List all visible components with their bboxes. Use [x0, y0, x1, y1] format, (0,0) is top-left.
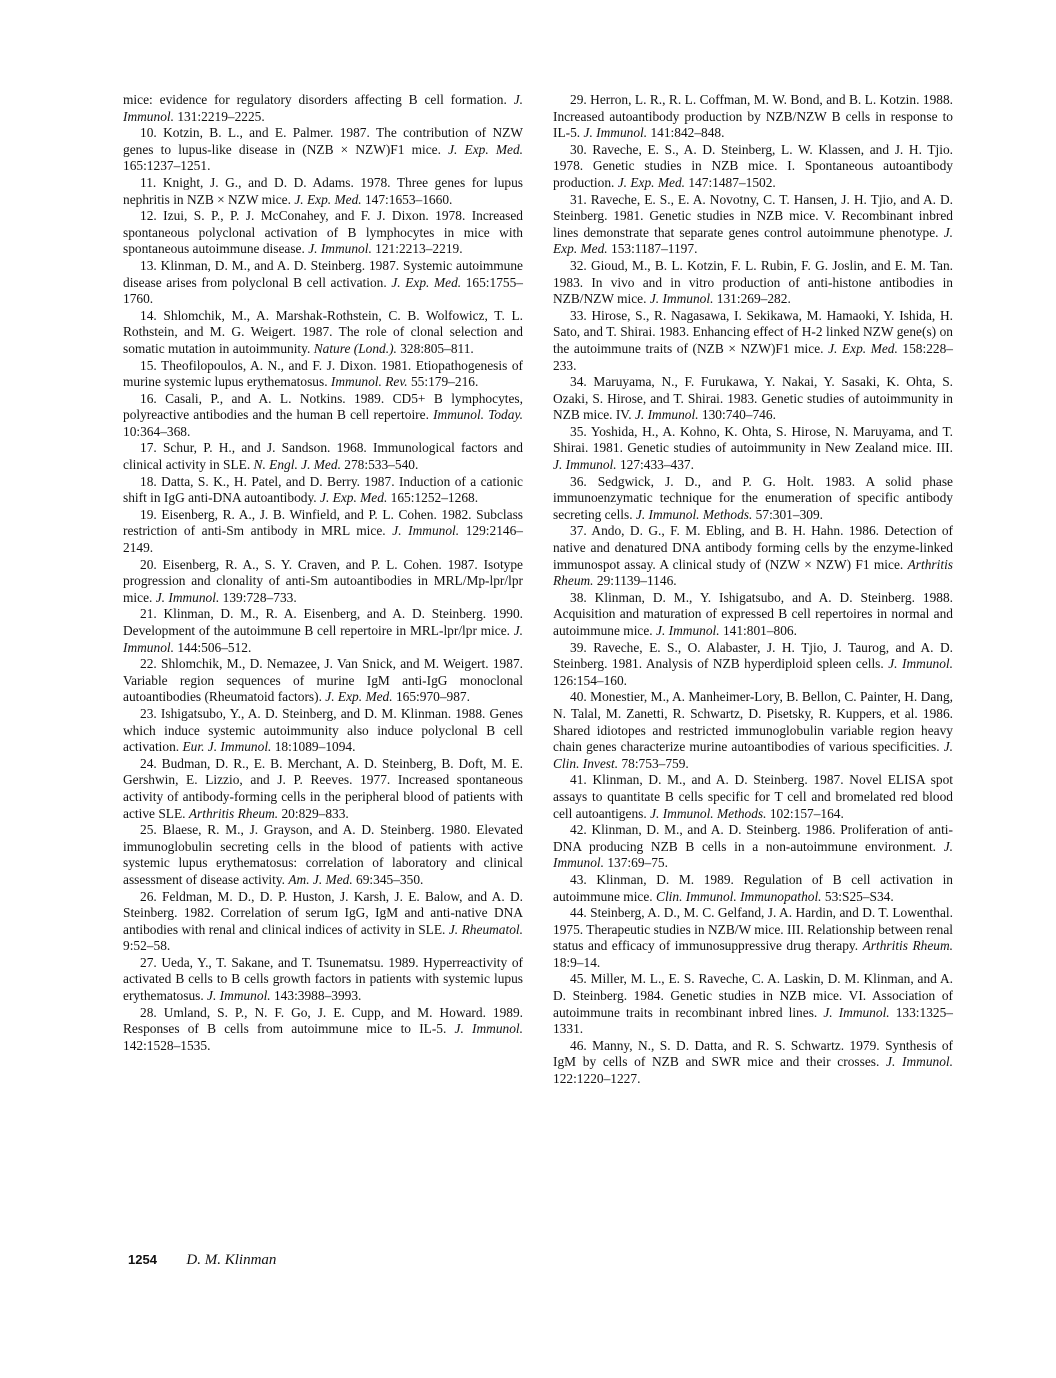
reference-entry: 12. Izui, S. P., P. J. McConahey, and F.… — [123, 208, 523, 258]
reference-number: 25. — [140, 822, 157, 837]
reference-entry: 18. Datta, S. K., H. Patel, and D. Berry… — [123, 474, 523, 507]
citation-volume-pages: 141:801–806. — [720, 623, 797, 638]
reference-number: 38. — [570, 590, 587, 605]
citation-volume-pages: 57:301–309. — [752, 507, 823, 522]
reference-number: 21. — [140, 606, 157, 621]
citation-volume-pages: 122:1220–1227. — [553, 1071, 640, 1086]
journal-name: J. Exp. Med. — [391, 275, 461, 290]
reference-number: 20. — [140, 557, 157, 572]
reference-number: 35. — [570, 424, 587, 439]
citation-volume-pages: 143:3988–3993. — [271, 988, 362, 1003]
citation-volume-pages: 141:842–848. — [647, 125, 724, 140]
journal-name: J. Immunol. Methods. — [636, 507, 752, 522]
journal-name: J. Immunol. — [584, 125, 648, 140]
citation-volume-pages: 142:1528–1535. — [123, 1038, 210, 1053]
reference-entry: 25. Blaese, R. M., J. Grayson, and A. D.… — [123, 822, 523, 888]
citation-volume-pages: 139:728–733. — [219, 590, 296, 605]
reference-entry: 20. Eisenberg, R. A., S. Y. Craven, and … — [123, 557, 523, 607]
citation-volume-pages: 127:433–437. — [617, 457, 694, 472]
reference-number: 39. — [570, 640, 587, 655]
reference-entry: 33. Hirose, S., R. Nagasawa, I. Sekikawa… — [553, 308, 953, 374]
page-footer: 1254 D. M. Klinman — [128, 1252, 276, 1269]
reference-entry: 28. Umland, S. P., N. F. Go, J. E. Cupp,… — [123, 1005, 523, 1055]
reference-number: 45. — [570, 971, 587, 986]
journal-name: Arthritis Rheum. — [189, 806, 278, 821]
journal-name: J. Immunol. — [635, 407, 699, 422]
citation-volume-pages: 328:805–811. — [397, 341, 474, 356]
citation-volume-pages: 55:179–216. — [408, 374, 479, 389]
reference-number: 24. — [140, 756, 157, 771]
reference-entry: 22. Shlomchik, M., D. Nemazee, J. Van Sn… — [123, 656, 523, 706]
reference-number: 22. — [140, 656, 157, 671]
reference-number: 14. — [140, 308, 157, 323]
reference-number: 36. — [570, 474, 587, 489]
reference-number: 11. — [140, 175, 156, 190]
reference-number: 44. — [570, 905, 587, 920]
journal-name: Immunol. Rev. — [331, 374, 408, 389]
reference-number: 18. — [140, 474, 157, 489]
journal-name: J. Immunol. — [156, 590, 220, 605]
journal-name: J. Exp. Med. — [618, 175, 685, 190]
reference-text: Monestier, M., A. Manheimer-Lory, B. Bel… — [553, 689, 953, 754]
reference-entry: 38. Klinman, D. M., Y. Ishigatsubo, and … — [553, 590, 953, 640]
citation-volume-pages: 10:364–368. — [123, 424, 190, 439]
citation-volume-pages: 9:52–58. — [123, 938, 170, 953]
reference-number: 28. — [140, 1005, 157, 1020]
journal-name: J. Immunol. — [553, 457, 617, 472]
reference-number: 27. — [140, 955, 157, 970]
journal-name: J. Immunol. — [886, 1054, 953, 1069]
reference-entry: 11. Knight, J. G., and D. D. Adams. 1978… — [123, 175, 523, 208]
reference-entry: 40. Monestier, M., A. Manheimer-Lory, B.… — [553, 689, 953, 772]
journal-name: J. Exp. Med. — [325, 689, 392, 704]
reference-text: Yoshida, H., A. Kohno, K. Ohta, S. Hiros… — [553, 424, 953, 456]
reference-entry: 37. Ando, D. G., F. M. Ebling, and B. H.… — [553, 523, 953, 589]
citation-volume-pages: 153:1187–1197. — [608, 241, 698, 256]
reference-entry: 29. Herron, L. R., R. L. Coffman, M. W. … — [553, 92, 953, 142]
journal-name: Am. J. Med. — [288, 872, 352, 887]
citation-volume-pages: 18:9–14. — [553, 955, 600, 970]
journal-name: Nature (Lond.). — [314, 341, 397, 356]
reference-entry: 39. Raveche, E. S., O. Alabaster, J. H. … — [553, 640, 953, 690]
reference-entry: 42. Klinman, D. M., and A. D. Steinberg.… — [553, 822, 953, 872]
journal-name: Eur. J. Immunol. — [183, 739, 272, 754]
reference-number: 23. — [140, 706, 157, 721]
reference-entry: 44. Steinberg, A. D., M. C. Gelfand, J. … — [553, 905, 953, 971]
reference-text: Raveche, E. S., E. A. Novotny, C. T. Han… — [553, 192, 953, 240]
reference-number: 15. — [140, 358, 157, 373]
citation-volume-pages: 53:S25–S34. — [822, 889, 894, 904]
reference-text: Ando, D. G., F. M. Ebling, and B. H. Hah… — [553, 523, 953, 571]
reference-number: 31. — [570, 192, 587, 207]
reference-number: 12. — [140, 208, 157, 223]
citation-volume-pages: 126:154–160. — [553, 673, 627, 688]
reference-entry: 34. Maruyama, N., F. Furukawa, Y. Nakai,… — [553, 374, 953, 424]
journal-name: J. Rheumatol. — [449, 922, 523, 937]
journal-name: J. Immunol. — [392, 523, 459, 538]
reference-number: 19. — [140, 507, 157, 522]
reference-entry: 30. Raveche, E. S., A. D. Steinberg, L. … — [553, 142, 953, 192]
reference-entry: 24. Budman, D. R., E. B. Merchant, A. D.… — [123, 756, 523, 822]
citation-volume-pages: 165:1252–1268. — [387, 490, 478, 505]
reference-number: 29. — [570, 92, 587, 107]
running-head-author: D. M. Klinman — [186, 1252, 276, 1268]
citation-volume-pages: 78:753–759. — [618, 756, 689, 771]
reference-number: 33. — [570, 308, 587, 323]
citation-volume-pages: 130:740–746. — [699, 407, 776, 422]
journal-name: Immunol. Today. — [433, 407, 523, 422]
journal-name: J. Exp. Med. — [828, 341, 898, 356]
citation-volume-pages: 278:533–540. — [341, 457, 418, 472]
journal-name: N. Engl. J. Med. — [254, 457, 341, 472]
reference-number: 43. — [570, 872, 587, 887]
reference-number: 32. — [570, 258, 587, 273]
reference-entry: 14. Shlomchik, M., A. Marshak-Rothstein,… — [123, 308, 523, 358]
reference-entry: 13. Klinman, D. M., and A. D. Steinberg.… — [123, 258, 523, 308]
reference-text: mice: evidence for regulatory disorders … — [123, 92, 514, 107]
reference-entry: 26. Feldman, M. D., D. P. Huston, J. Kar… — [123, 889, 523, 955]
citation-volume-pages: 29:1139–1146. — [594, 573, 677, 588]
reference-entry: 17. Schur, P. H., and J. Sandson. 1968. … — [123, 440, 523, 473]
journal-name: Clin. Immunol. Immunopathol. — [656, 889, 822, 904]
reference-number: 37. — [570, 523, 587, 538]
reference-entry: 10. Kotzin, B. L., and E. Palmer. 1987. … — [123, 125, 523, 175]
reference-entry: mice: evidence for regulatory disorders … — [123, 92, 523, 125]
journal-name: J. Immunol. Methods. — [650, 806, 766, 821]
citation-volume-pages: 165:970–987. — [393, 689, 470, 704]
journal-name: J. Immunol. — [455, 1021, 523, 1036]
journal-name: J. Immunol. — [888, 656, 953, 671]
reference-entry: 21. Klinman, D. M., R. A. Eisenberg, and… — [123, 606, 523, 656]
reference-entry: 41. Klinman, D. M., and A. D. Steinberg.… — [553, 772, 953, 822]
citation-volume-pages: 18:1089–1094. — [271, 739, 355, 754]
journal-name: J. Exp. Med. — [448, 142, 523, 157]
reference-entry: 45. Miller, M. L., E. S. Raveche, C. A. … — [553, 971, 953, 1037]
citation-volume-pages: 20:829–833. — [278, 806, 349, 821]
citation-volume-pages: 69:345–350. — [353, 872, 424, 887]
reference-number: 10. — [140, 125, 157, 140]
reference-entry: 35. Yoshida, H., A. Kohno, K. Ohta, S. H… — [553, 424, 953, 474]
citation-volume-pages: 147:1653–1660. — [362, 192, 453, 207]
reference-number: 34. — [570, 374, 587, 389]
reference-entry: 16. Casali, P., and A. L. Notkins. 1989.… — [123, 391, 523, 441]
reference-number: 26. — [140, 889, 157, 904]
reference-entry: 32. Gioud, M., B. L. Kotzin, F. L. Rubin… — [553, 258, 953, 308]
citation-volume-pages: 131:2219–2225. — [174, 109, 265, 124]
citation-volume-pages: 131:269–282. — [713, 291, 790, 306]
reference-number: 16. — [140, 391, 157, 406]
journal-name: J. Immunol. — [823, 1005, 889, 1020]
reference-list-left-column: mice: evidence for regulatory disorders … — [123, 92, 523, 1054]
reference-entry: 36. Sedgwick, J. D., and P. G. Holt. 198… — [553, 474, 953, 524]
reference-entry: 27. Ueda, Y., T. Sakane, and T. Tsunemat… — [123, 955, 523, 1005]
reference-number: 40. — [570, 689, 587, 704]
reference-text: Klinman, D. M., R. A. Eisenberg, and A. … — [123, 606, 523, 638]
journal-name: J. Immunol. — [656, 623, 720, 638]
reference-entry: 43. Klinman, D. M. 1989. Regulation of B… — [553, 872, 953, 905]
reference-list-right-column: 29. Herron, L. R., R. L. Coffman, M. W. … — [553, 92, 953, 1088]
page-number: 1254 — [128, 1252, 157, 1267]
journal-name: Arthritis Rheum. — [863, 938, 953, 953]
citation-volume-pages: 137:69–75. — [604, 855, 668, 870]
journal-name: J. Exp. Med. — [294, 192, 361, 207]
journal-name: J. Immunol. — [308, 241, 372, 256]
reference-entry: 19. Eisenberg, R. A., J. B. Winfield, an… — [123, 507, 523, 557]
citation-volume-pages: 144:506–512. — [174, 640, 251, 655]
reference-number: 13. — [140, 258, 157, 273]
reference-entry: 15. Theofilopoulos, A. N., and F. J. Dix… — [123, 358, 523, 391]
citation-volume-pages: 121:2213–2219. — [372, 241, 463, 256]
reference-entry: 31. Raveche, E. S., E. A. Novotny, C. T.… — [553, 192, 953, 258]
reference-number: 42. — [570, 822, 587, 837]
citation-volume-pages: 165:1237–1251. — [123, 158, 210, 173]
reference-number: 46. — [570, 1038, 587, 1053]
reference-number: 30. — [570, 142, 587, 157]
reference-entry: 23. Ishigatsubo, Y., A. D. Steinberg, an… — [123, 706, 523, 756]
reference-number: 41. — [570, 772, 587, 787]
citation-volume-pages: 147:1487–1502. — [685, 175, 776, 190]
journal-name: J. Exp. Med. — [320, 490, 387, 505]
reference-entry: 46. Manny, N., S. D. Datta, and R. S. Sc… — [553, 1038, 953, 1088]
journal-name: J. Immunol. — [650, 291, 714, 306]
reference-number: 17. — [140, 440, 157, 455]
reference-text: Klinman, D. M., and A. D. Steinberg. 198… — [553, 822, 953, 854]
citation-volume-pages: 102:157–164. — [766, 806, 843, 821]
journal-name: J. Immunol. — [207, 988, 271, 1003]
